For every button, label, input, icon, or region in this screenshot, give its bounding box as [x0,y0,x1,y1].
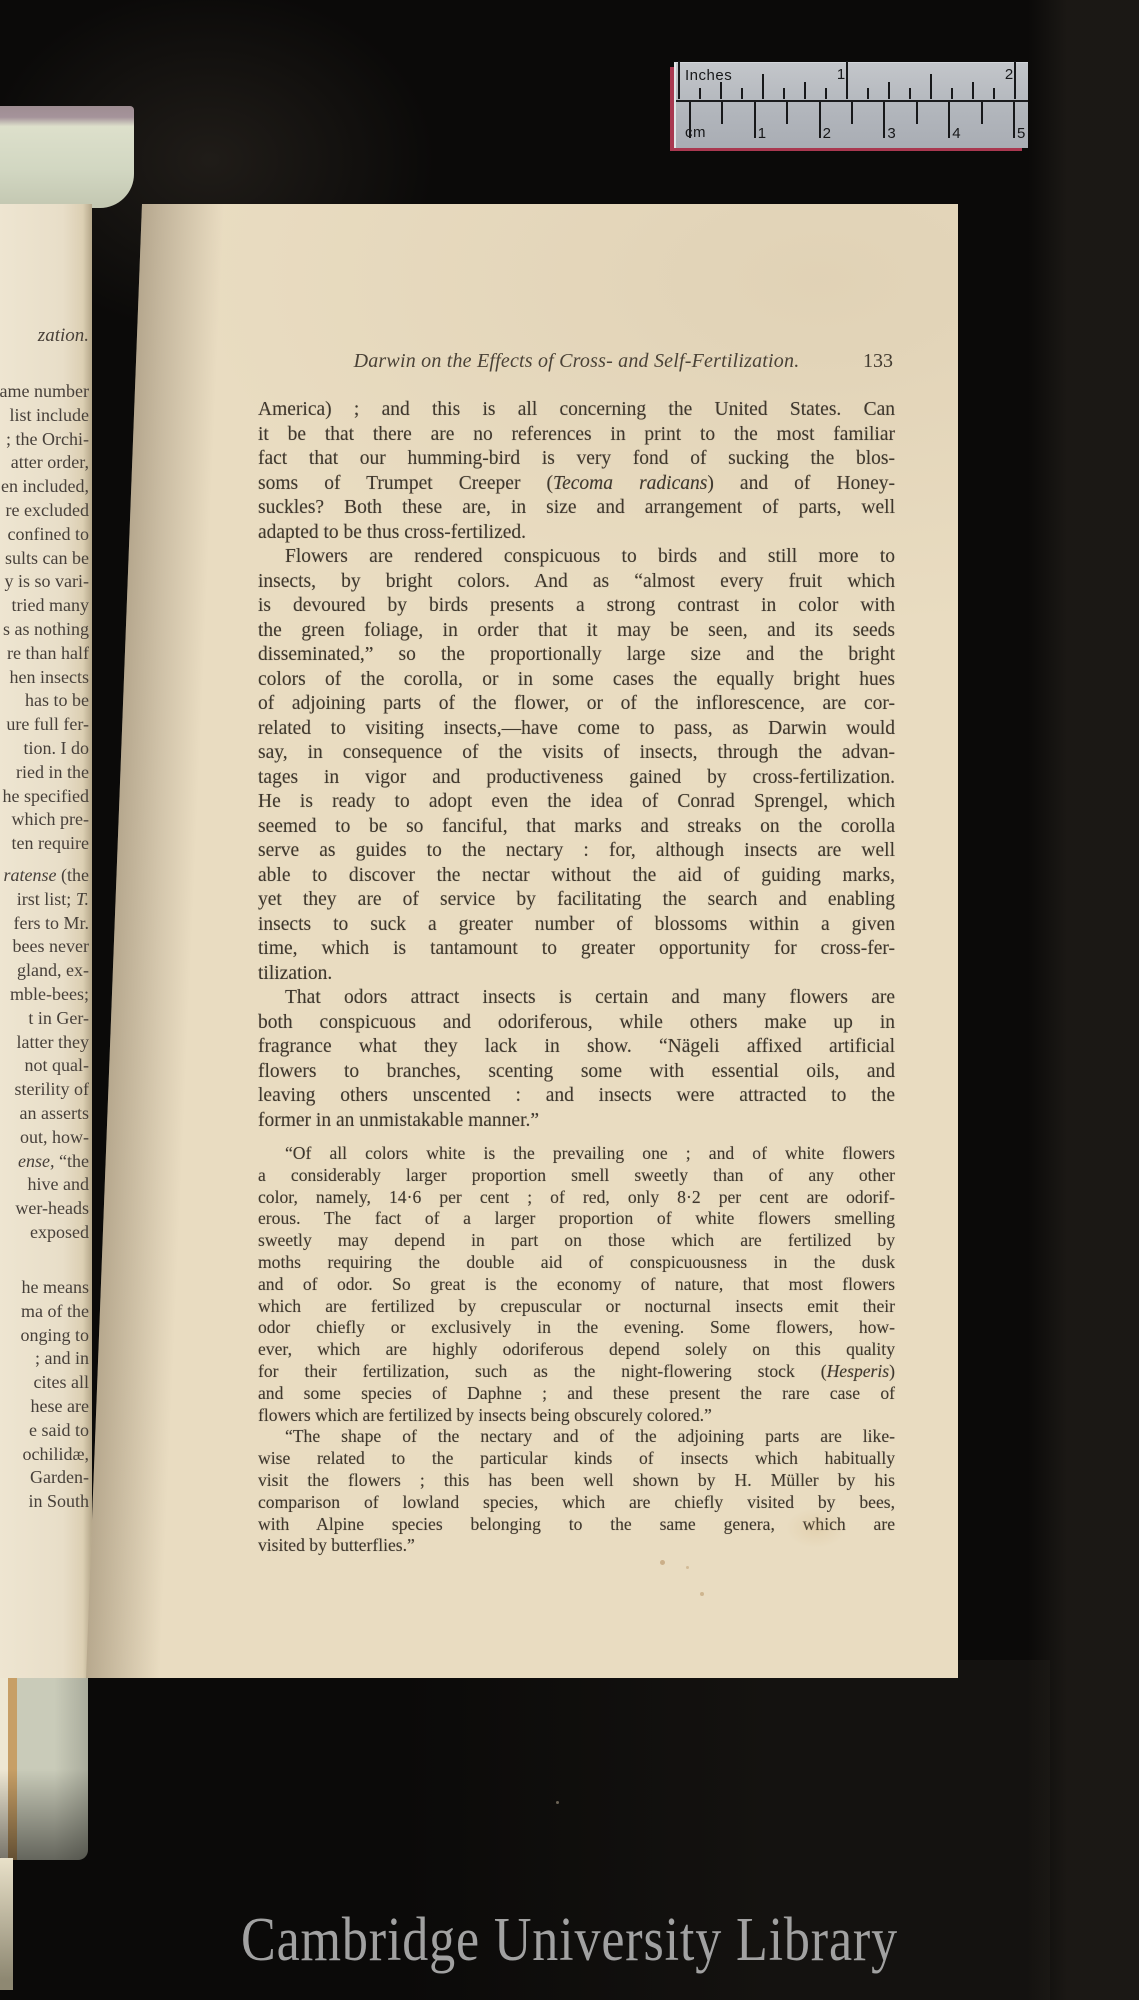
text-line: seemed to be so fanciful, that marks and… [258,815,895,840]
inch-number: 1 [837,67,845,82]
inch-tick [699,88,701,99]
facing-page-running-head: zation. [0,324,89,348]
cm-number: 5 [1017,126,1025,141]
fragment-line: ried in the [0,761,89,785]
text-line: a considerably larger proportion smell s… [258,1165,895,1187]
fragment-line: he means [0,1276,89,1300]
fragment-block: ratense (theirst list; T.fers to Mr.bees… [0,864,89,1245]
text-line: for their fertilization, such as the nig… [258,1361,895,1383]
cm-number: 3 [887,126,895,141]
fragment-line: Garden- [0,1466,89,1490]
inch-tick [741,88,743,99]
text-line: insects, by bright colors. And as “almos… [258,570,895,595]
text-line: yet they are of service by facilitating … [258,888,895,913]
text-line: fact that our humming-bird is very fond … [258,447,895,472]
cm-number: 2 [823,126,831,141]
fragment-line: y is so vari- [0,570,89,594]
cm-tick [819,102,821,138]
paragraph: That odors attract insects is certain an… [258,986,895,1133]
text-line: say, in consequence of the visits of ins… [258,741,895,766]
inch-tick [888,82,890,99]
cm-tick [1013,102,1015,138]
fragment-line: sterility of [0,1078,89,1102]
text-line: insects to suck a greater number of blos… [258,913,895,938]
fragment-line: bees never [0,935,89,959]
inch-tick [783,88,785,99]
text-line: related to visiting insects,—have come t… [258,717,895,742]
fragment-line: mble-bees; [0,983,89,1007]
fragment-line: tried many [0,594,89,618]
cm-tick [948,102,950,138]
fragment-line: re excluded [0,499,89,523]
inch-tick [720,82,722,99]
text-line: soms of Trumpet Creeper (Tecoma radicans… [258,472,895,497]
text-line: tilization. [258,962,895,987]
cm-tick [689,102,691,138]
fragment-line: which pre- [0,808,89,832]
curled-page-edge [0,106,134,208]
fragment-line: wer-heads [0,1197,89,1221]
text-line: “Of all colors white is the prevailing o… [258,1143,895,1165]
fragment-line: onging to [0,1324,89,1348]
text-line: flowers to branches, scenting some with … [258,1060,895,1085]
fragment-line: ratense (the [0,864,89,888]
fragment-line: in South [0,1490,89,1514]
text-line: and some species of Daphne ; and these p… [258,1383,895,1405]
cm-tick [916,102,918,124]
ruler-inches-label: Inches [685,68,732,83]
fragment-line: t in Ger- [0,1007,89,1031]
dust-speck [556,1801,559,1804]
paragraph: Flowers are rendered conspicuous to bird… [258,545,895,986]
velvet-background-seam [1028,0,1139,2000]
fragment-line: ame number [0,380,89,404]
text-line: adapted to be thus cross-fertilized. [258,521,895,546]
text-line: suckles? Both these are, in size and arr… [258,496,895,521]
inch-tick [825,88,827,99]
text-line: ever, which are highly odoriferous depen… [258,1339,895,1361]
fragment-line: hese are [0,1395,89,1419]
fragment-line: ten require [0,832,89,856]
page-stain [786,1508,846,1548]
text-line: color, namely, 14·6 per cent ; of red, o… [258,1187,895,1209]
inch-tick [1014,61,1016,99]
cm-tick [754,102,756,138]
text-line: That odors attract insects is certain an… [258,986,895,1011]
fragment-block: ame numberlist include; the Orchi-atter … [0,380,89,856]
inch-number: 2 [1005,67,1013,82]
text-line: moths requiring the double aid of conspi… [258,1252,895,1274]
text-line: wise related to the particular kinds of … [258,1448,895,1470]
text-line: is devoured by birds presents a strong c… [258,594,895,619]
fragment-line: ma of the [0,1300,89,1324]
inch-tick [804,82,806,99]
fragment-line: ; the Orchi- [0,428,89,452]
text-line: of adjoining parts of the flower, or of … [258,692,895,717]
cm-tick [786,102,788,124]
fragment-line: not qual- [0,1054,89,1078]
text-line: former in an unmistakable manner.” [258,1109,895,1134]
text-line: the green foliage, in order that it may … [258,619,895,644]
inch-tick [846,61,848,99]
text-line: tages in vigor and productiveness gained… [258,766,895,791]
fragment-line: ure full fer- [0,713,89,737]
paragraph: America) ; and this is all concerning th… [258,398,895,545]
text-line: it be that there are no references in pr… [258,423,895,448]
text-line: Flowers are rendered conspicuous to bird… [258,545,895,570]
fragment-line: en included, [0,475,89,499]
fragment-line: ense, “the [0,1150,89,1174]
fragment-line: irst list; T. [0,888,89,912]
cm-tick [883,102,885,138]
fragment-line: he specified [0,785,89,809]
inch-tick [951,88,953,99]
text-line: “The shape of the nectary and of the adj… [258,1426,895,1448]
library-watermark: Cambridge University Library [91,1906,1048,1974]
book-page: Darwin on the Effects of Cross- and Self… [0,0,1139,2000]
fragment-line: out, how- [0,1126,89,1150]
text-line: erous. The fact of a larger proportion o… [258,1208,895,1230]
fragment-line: cites all [0,1371,89,1395]
fragment-line: hen insects [0,666,89,690]
fragment-line: ; and in [0,1347,89,1371]
foxing-spot [700,1592,704,1596]
text-line: time, which is tantamount to greater opp… [258,937,895,962]
fragment-line: atter order, [0,451,89,475]
fragment-line: tion. I do [0,737,89,761]
page-body-text: America) ; and this is all concerning th… [258,398,895,1557]
text-line: which are fertilized by crepuscular or n… [258,1296,895,1318]
text-line: fragrance what they lack in show. “Nägel… [258,1035,895,1060]
running-head: Darwin on the Effects of Cross- and Self… [258,348,895,374]
fragment-line: hive and [0,1173,89,1197]
page-title: Darwin on the Effects of Cross- and Self… [258,348,895,374]
text-line: visit the flowers ; this has been well s… [258,1470,895,1492]
fragment-line: ochilidæ, [0,1443,89,1467]
text-line: sweetly may depend in part on those whic… [258,1230,895,1252]
facing-page-sliver: zation. ame numberlist include; the Orch… [0,204,92,1678]
text-line: and of odor. So great is the economy of … [258,1274,895,1296]
foxing-spot [660,1560,665,1565]
measurement-ruler: Inches cm 1212345 [674,62,1028,148]
fragment-line: gland, ex- [0,959,89,983]
cm-number: 1 [758,126,766,141]
inch-tick [972,82,974,99]
cm-tick [721,102,723,124]
text-line: both conspicuous and odoriferous, while … [258,1011,895,1036]
fragment-line: has to be [0,689,89,713]
text-line: He is ready to adopt even the idea of Co… [258,790,895,815]
inch-tick [930,74,932,99]
text-line: colors of the corolla, or in some cases … [258,668,895,693]
cm-number: 4 [952,126,960,141]
page-number: 133 [863,348,893,374]
page-edge-strip [0,1858,13,1990]
inch-tick [867,88,869,99]
text-line: America) ; and this is all concerning th… [258,398,895,423]
text-line: leaving others unscented : and insects w… [258,1084,895,1109]
fragment-line: latter they [0,1031,89,1055]
inch-tick [678,61,680,99]
fragment-line: e said to [0,1419,89,1443]
text-line: odor chiefly or exclusively in the eveni… [258,1317,895,1339]
fragment-line: an asserts [0,1102,89,1126]
fragment-line: sults can be [0,547,89,571]
fragment-line: list include [0,404,89,428]
fragment-line: fers to Mr. [0,912,89,936]
fragment-line: confined to [0,523,89,547]
fragment-line: s as nothing [0,618,89,642]
foxing-spot [686,1566,689,1569]
cm-tick [981,102,983,124]
fragment-block: he meansma of theonging to; and incites … [0,1276,89,1514]
inch-tick [762,74,764,99]
text-line: able to discover the nectar without the … [258,864,895,889]
inch-tick [993,88,995,99]
text-line: flowers which are fertilized by insects … [258,1405,895,1427]
paragraph: “Of all colors white is the prevailing o… [258,1143,895,1426]
photo-stage: Inches cm 1212345 zation. ame numberlist… [0,0,1139,2000]
inch-tick [909,88,911,99]
fragment-line: re than half [0,642,89,666]
cm-tick [851,102,853,124]
text-line: serve as guides to the nectary : for, al… [258,839,895,864]
fragment-line: exposed [0,1221,89,1245]
text-line: disseminated,” so the proportionally lar… [258,643,895,668]
page-stack-edge [0,1678,88,1860]
